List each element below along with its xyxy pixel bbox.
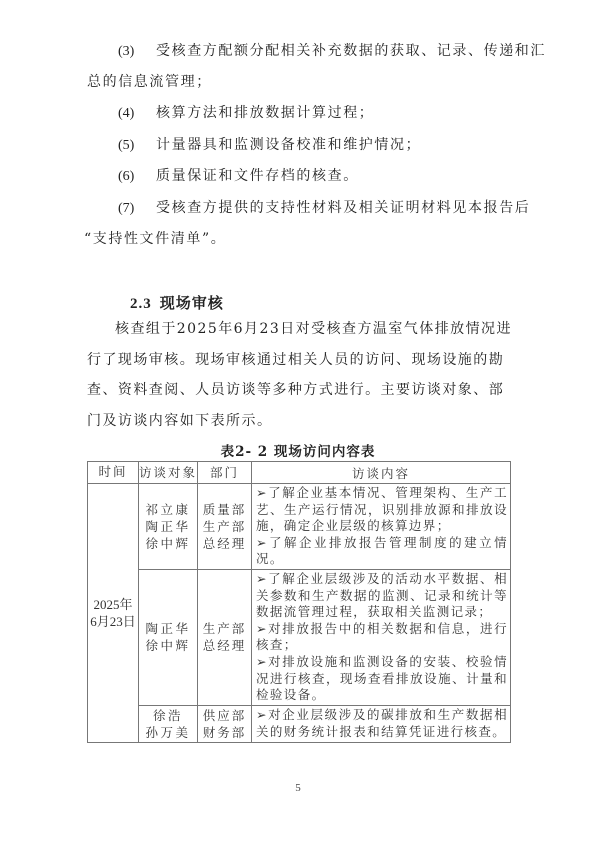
list-item-4: (4)核算方法和排放数据计算过程； xyxy=(118,102,374,122)
person-name: 陶正华 xyxy=(139,518,197,535)
content-cell: ➢了解企业基本情况、管理架构、生产工艺、生产运行情况，识别排放源和排放设施，确定… xyxy=(252,484,511,570)
list-text: 核算方法和排放数据计算过程； xyxy=(156,105,374,121)
interviewee-cell: 徐浩 孙万美 xyxy=(139,705,198,742)
list-item-5: (5)计量器具和监测设备校准和维护情况； xyxy=(118,134,421,154)
content-bullet: ➢了解企业层级涉及的活动水平数据、相关参数和生产数据的监测、记录和统计等数据流管… xyxy=(256,571,508,621)
section-title: 现场审核 xyxy=(160,294,224,312)
header-content: 访谈内容 xyxy=(252,462,511,484)
header-department: 部门 xyxy=(198,462,252,484)
time-date: 6月23日 xyxy=(88,613,138,630)
list-item-7: (7)受核查方提供的支持性材料及相关证明材料见本报告后 xyxy=(118,197,530,217)
person-name: 徐中辉 xyxy=(139,637,197,654)
page-number: 5 xyxy=(0,782,596,794)
department-cell: 供应部 财务部 xyxy=(198,705,252,742)
content-bullet: ➢了解企业排放报告管理制度的建立情况。 xyxy=(256,535,508,568)
department-name: 生产部 xyxy=(198,620,251,637)
person-name: 孙万美 xyxy=(139,724,197,741)
list-text: 计量器具和监测设备校准和维护情况； xyxy=(156,137,421,153)
person-name: 徐浩 xyxy=(139,707,197,724)
department-name: 供应部 xyxy=(198,707,251,724)
list-number: (4) xyxy=(118,106,156,122)
department-cell: 生产部 总经理 xyxy=(198,569,252,705)
section-number: 2.3 xyxy=(130,296,152,312)
list-item-6: (6)质量保证和文件存档的核查。 xyxy=(118,165,359,185)
content-cell: ➢对企业层级涉及的碳排放和生产数据相关的财务统计报表和结算凭证进行核查。 xyxy=(252,705,511,742)
department-name: 质量部 xyxy=(198,501,251,518)
table-row: 2025年 6月23日 祁立康 陶正华 徐中辉 质量部 生产部 总经理 ➢了解企… xyxy=(88,484,511,570)
department-name: 生产部 xyxy=(198,518,251,535)
person-name: 陶正华 xyxy=(139,620,197,637)
section-heading: 2.3现场审核 xyxy=(130,292,224,313)
list-number: (7) xyxy=(118,201,156,217)
table-row: 徐浩 孙万美 供应部 财务部 ➢对企业层级涉及的碳排放和生产数据相关的财务统计报… xyxy=(88,705,511,742)
table-row: 陶正华 徐中辉 生产部 总经理 ➢了解企业层级涉及的活动水平数据、相关参数和生产… xyxy=(88,569,511,705)
person-name: 徐中辉 xyxy=(139,535,197,552)
list-item-3-continuation: 总的信息流管理； xyxy=(87,71,212,91)
content-bullet: ➢对企业层级涉及的碳排放和生产数据相关的财务统计报表和结算凭证进行核查。 xyxy=(256,707,508,740)
header-time: 时间 xyxy=(88,462,139,484)
interviewee-cell: 祁立康 陶正华 徐中辉 xyxy=(139,484,198,570)
section-paragraph: 核查组于2025年6月23日对受核查方温室气体排放情况进行了现场审核。现场审核通… xyxy=(87,314,515,436)
table-caption: 表2- 2 现场访问内容表 xyxy=(0,440,596,460)
time-year: 2025年 xyxy=(88,596,138,613)
department-name: 财务部 xyxy=(198,724,251,741)
site-visit-table: 时间 访谈对象 部门 访谈内容 2025年 6月23日 祁立康 陶正华 徐中辉 … xyxy=(87,461,511,743)
content-bullet: ➢对排放设施和监测设备的安装、校验情况进行核查，现场查看排放设施、计量和检验设备… xyxy=(256,654,508,704)
content-cell: ➢了解企业层级涉及的活动水平数据、相关参数和生产数据的监测、记录和统计等数据流管… xyxy=(252,569,511,705)
list-item-7-continuation: “支持性文件清单”。 xyxy=(84,228,226,248)
department-cell: 质量部 生产部 总经理 xyxy=(198,484,252,570)
table-header-row: 时间 访谈对象 部门 访谈内容 xyxy=(88,462,511,484)
list-item-3: (3)受核查方配额分配相关补充数据的获取、记录、传递和汇 xyxy=(118,40,546,60)
list-number: (3) xyxy=(118,44,156,60)
list-number: (5) xyxy=(118,138,156,154)
department-name: 总经理 xyxy=(198,637,251,654)
person-name: 祁立康 xyxy=(139,501,197,518)
time-cell: 2025年 6月23日 xyxy=(88,484,139,743)
content-bullet: ➢对排放报告中的相关数据和信息，进行核查； xyxy=(256,621,508,654)
list-text: 受核查方配额分配相关补充数据的获取、记录、传递和汇 xyxy=(156,43,546,59)
header-interviewee: 访谈对象 xyxy=(139,462,198,484)
interviewee-cell: 陶正华 徐中辉 xyxy=(139,569,198,705)
department-name: 总经理 xyxy=(198,535,251,552)
list-text: 质量保证和文件存档的核查。 xyxy=(156,168,359,184)
list-text: 受核查方提供的支持性材料及相关证明材料见本报告后 xyxy=(156,200,530,216)
list-number: (6) xyxy=(118,169,156,185)
content-bullet: ➢了解企业基本情况、管理架构、生产工艺、生产运行情况，识别排放源和排放设施，确定… xyxy=(256,485,508,535)
